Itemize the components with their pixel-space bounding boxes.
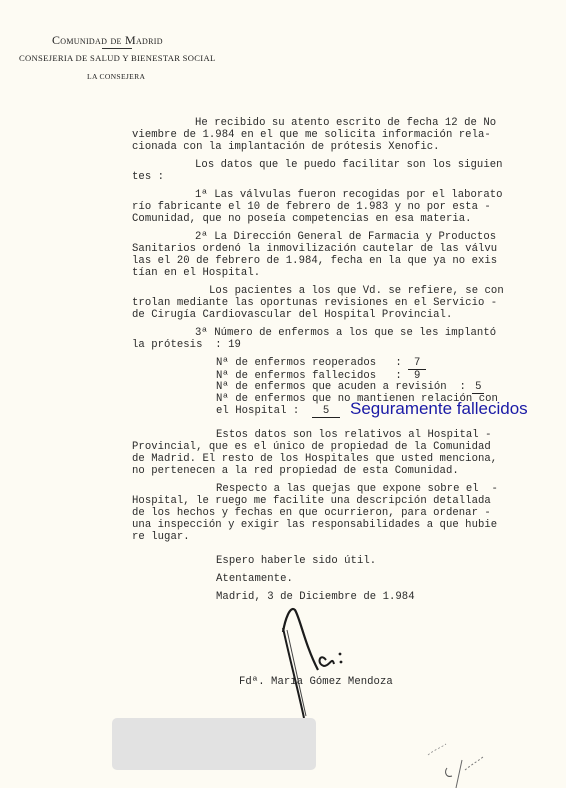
text-line: tes :	[132, 171, 164, 183]
text-line: Comunidad, que no poseía competencias en…	[132, 213, 472, 225]
text-line: re lugar.	[132, 531, 190, 543]
handwritten-annotation: Seguramente fallecidos	[350, 399, 528, 419]
text-line: 1ª Las válvulas fueron recogidas por el …	[195, 189, 503, 201]
text-line: de Cirugía Cardiovascular del Hospital P…	[132, 309, 452, 321]
text-line: Respecto a las quejas que expone sobre e…	[216, 483, 498, 495]
letterhead-department: Consejeria de Salud y Bienestar Social	[19, 53, 216, 63]
text-line: una inspección y exigir las responsabili…	[132, 519, 497, 531]
text-line: Los datos que le puedo facilitar son los…	[195, 159, 503, 171]
stat-value: 5	[312, 405, 340, 418]
redacted-area	[112, 718, 316, 770]
closing-date: Madrid, 3 de Diciembre de 1.984	[216, 591, 415, 603]
text-line: río fabricante el 10 de febrero de 1.983…	[132, 201, 491, 213]
letterhead-divider	[102, 48, 132, 49]
text-line: trolan mediante las oportunas revisiones…	[132, 297, 497, 309]
letterhead-organization: Comunidad de Madrid	[52, 33, 163, 48]
text-line: Estos datos son los relativos al Hospita…	[216, 429, 492, 441]
text-line: de Madrid. El resto de los Hospitales qu…	[132, 453, 497, 465]
stat-hospital: el Hospital : 5	[216, 405, 340, 418]
closing-line: Espero haberle sido útil.	[216, 555, 376, 567]
signature-name: Fdª. María Gómez Mendoza	[239, 676, 393, 688]
text-line: Los pacientes a los que Vd. se refiere, …	[209, 285, 504, 297]
text-line: viembre de 1.984 en el que me solicita i…	[132, 129, 491, 141]
text-line: 3ª Número de enfermos a los que se les i…	[195, 327, 496, 339]
text-line: las el 20 de febrero de 1.984, fecha en …	[132, 255, 497, 267]
text-line: Provincial, que es el único de propiedad…	[132, 441, 491, 453]
text-line: cionada con la implantación de prótesis …	[132, 141, 440, 153]
text-line: tían en el Hospital.	[132, 267, 260, 279]
text-line: Sanitarios ordenó la inmovilización caut…	[132, 243, 497, 255]
text-line: no pertenecen a la red propiedad de esta…	[132, 465, 459, 477]
text-line: de los hechos y fechas en que ocurrieron…	[132, 507, 491, 519]
text-line: la prótesis : 19	[132, 339, 241, 351]
closing-line: Atentamente.	[216, 573, 293, 585]
letterhead-office: La Consejera	[87, 72, 145, 81]
text-line: Hospital, le ruego me facilite una descr…	[132, 495, 491, 507]
text-line: He recibido su atento escrito de fecha 1…	[195, 117, 496, 129]
text-line: 2ª La Dirección General de Farmacia y Pr…	[195, 231, 496, 243]
